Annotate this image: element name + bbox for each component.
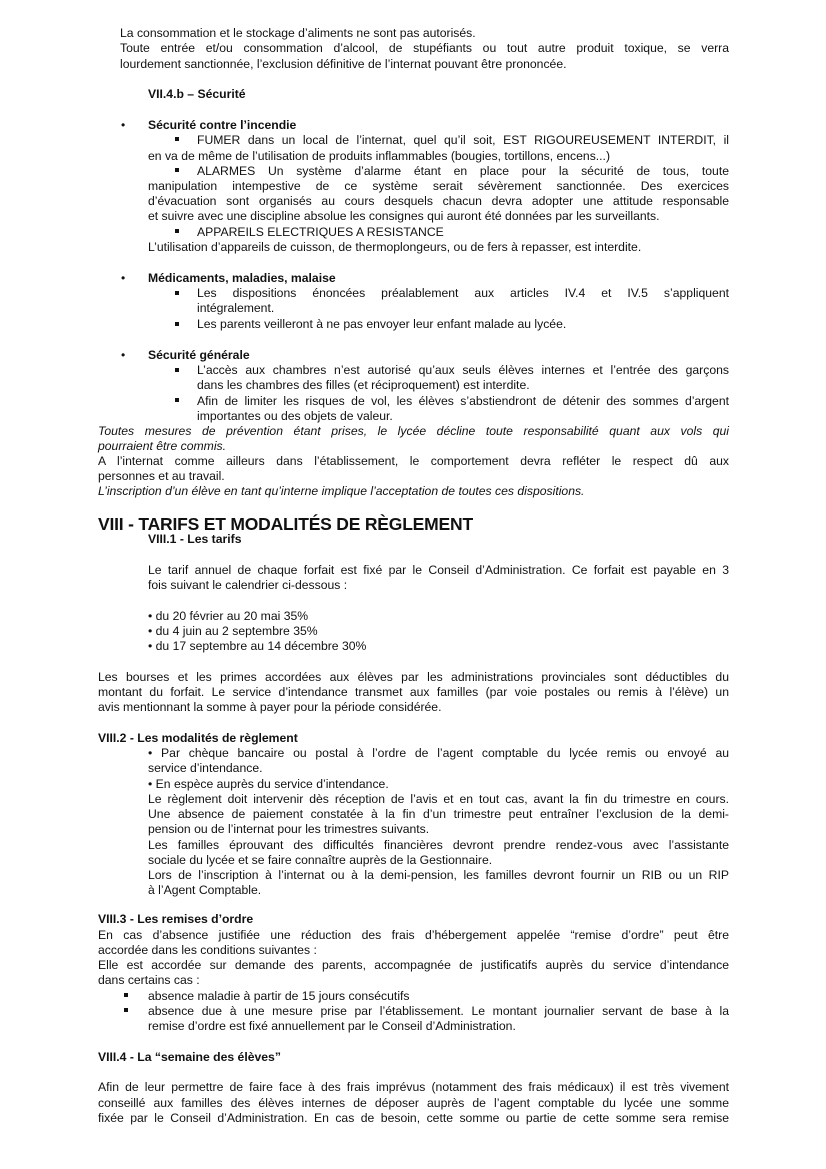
medic-title: Médicaments, maladies, malaise bbox=[148, 271, 336, 286]
closing-normal-line-1: A l’internat comme ailleurs dans l’établ… bbox=[98, 454, 729, 469]
semaine-line-3: fixée par le Conseil d’Administration. E… bbox=[98, 1111, 729, 1126]
intro-line-2: Toute entrée et/ou consommation d’alcool… bbox=[120, 41, 729, 56]
modalites-line-4: Le règlement doit intervenir dès récepti… bbox=[148, 792, 729, 807]
square-bullet-icon bbox=[175, 163, 179, 178]
section-viii2-title: VIII.2 - Les modalités de règlement bbox=[98, 731, 298, 746]
general-item-1-line-1: L’accès aux chambres n’est autorisé qu’a… bbox=[197, 363, 729, 378]
square-bullet-icon bbox=[175, 224, 179, 239]
modalites-line-8: sociale du lycée et se faire connaître a… bbox=[148, 853, 492, 868]
medic-item-1-line-1: Les dispositions énoncées préalablement … bbox=[197, 286, 729, 301]
intro-line-3: lourdement sanctionnée, l’exclusion défi… bbox=[120, 57, 729, 72]
modalites-line-3: • En espèce auprès du service d’intendan… bbox=[148, 777, 389, 792]
closing-italic-1-line-2: pourraient être commis. bbox=[98, 439, 226, 454]
tarifs-para-line-2: fois suivant le calendrier ci-dessous : bbox=[148, 578, 347, 593]
fire-item-2-line-3: d’évacuation sont organisés au cours des… bbox=[148, 194, 729, 209]
semaine-line-1: Afin de leur permettre de faire face à d… bbox=[98, 1080, 729, 1095]
bourses-line-3: avis mentionnant la somme à payer pour l… bbox=[98, 700, 441, 715]
section-viii4-title: VIII.4 - La “semaine des élèves” bbox=[98, 1050, 281, 1065]
bourses-line-1: Les bourses et les primes accordées aux … bbox=[98, 670, 729, 685]
closing-italic-1-line-1: Toutes mesures de prévention étant prise… bbox=[98, 424, 729, 439]
schedule-item-2: • du 4 juin au 2 septembre 35% bbox=[148, 624, 318, 639]
schedule-item-3: • du 17 septembre au 14 décembre 30% bbox=[148, 639, 366, 654]
general-item-2-line-2: importantes ou des objets de valeur. bbox=[197, 409, 393, 424]
square-bullet-icon bbox=[175, 363, 179, 378]
square-bullet-icon bbox=[175, 132, 179, 147]
remises-item-2-line-2: remise d’ordre est fixé annuellement par… bbox=[148, 1019, 516, 1034]
remises-line-4: dans certains cas : bbox=[98, 973, 200, 988]
square-bullet-icon bbox=[175, 317, 179, 332]
medic-item-2-line-1: Les parents veilleront à ne pas envoyer … bbox=[197, 317, 566, 332]
general-safety-title: Sécurité générale bbox=[148, 348, 250, 363]
modalites-line-9: Lors de l’inscription à l’internat ou à … bbox=[148, 868, 729, 883]
square-bullet-icon bbox=[175, 393, 179, 408]
fire-item-3-line-1: APPAREILS ELECTRIQUES A RESISTANCE bbox=[197, 225, 444, 240]
remises-line-1: En cas d’absence justifiée une réduction… bbox=[98, 928, 729, 943]
section-viii-title: VIII - TARIFS ET MODALITÉS DE RÈGLEMENT bbox=[98, 514, 473, 534]
bullet-icon: • bbox=[121, 271, 125, 286]
document-page: La consommation et le stockage d’aliment… bbox=[0, 0, 826, 1169]
remises-item-1: absence maladie à partir de 15 jours con… bbox=[148, 989, 410, 1004]
fire-item-2-line-1: ALARMES Un système d’alarme étant en pla… bbox=[197, 164, 729, 179]
closing-normal-line-2: personnes et au travail. bbox=[98, 469, 225, 484]
modalites-line-6: pension ou de l’internat pour les trimes… bbox=[148, 822, 429, 837]
remises-line-2: accordée dans les conditions suivantes : bbox=[98, 943, 317, 958]
bourses-line-2: montant du forfait. Le service d’intenda… bbox=[98, 685, 729, 700]
fire-item-2-line-2: manipulation intempestive de ce système … bbox=[148, 179, 729, 194]
square-bullet-icon bbox=[175, 286, 179, 301]
bullet-icon: • bbox=[121, 348, 125, 363]
modalites-line-5: Une absence de paiement constatée à la f… bbox=[148, 807, 729, 822]
modalites-line-1: • Par chèque bancaire ou postal à l’ordr… bbox=[148, 746, 729, 761]
modalites-line-10: à l’Agent Comptable. bbox=[148, 883, 261, 898]
schedule-item-1: • du 20 février au 20 mai 35% bbox=[148, 609, 308, 624]
general-item-2-line-1: Afin de limiter les risques de vol, les … bbox=[197, 394, 729, 409]
section-viii1-title: VIII.1 - Les tarifs bbox=[148, 532, 241, 547]
section-vii4b-title: VII.4.b – Sécurité bbox=[148, 87, 246, 102]
general-item-1-line-2: dans les chambres des filles (et récipro… bbox=[197, 378, 530, 393]
modalites-line-2: service d’intendance. bbox=[148, 761, 263, 776]
fire-safety-title: Sécurité contre l’incendie bbox=[148, 118, 296, 133]
square-bullet-icon bbox=[124, 1003, 128, 1018]
closing-italic-2: L’inscription d’un élève en tant qu’inte… bbox=[98, 484, 584, 499]
modalites-line-7: Les familles éprouvant des difficultés f… bbox=[148, 838, 729, 853]
fire-item-1-line-2: en va de même de l’utilisation de produi… bbox=[148, 149, 729, 164]
tarifs-para-line-1: Le tarif annuel de chaque forfait est fi… bbox=[148, 563, 729, 578]
bullet-icon: • bbox=[121, 118, 125, 133]
section-viii3-title: VIII.3 - Les remises d’ordre bbox=[98, 912, 253, 927]
semaine-line-2: conseillé aux familles des élèves intern… bbox=[98, 1096, 729, 1111]
remises-item-2-line-1: absence due à une mesure prise par l’éta… bbox=[148, 1004, 729, 1019]
fire-item-1-line-1: FUMER dans un local de l’internat, quel … bbox=[197, 133, 729, 148]
remises-line-3: Elle est accordée sur demande des parent… bbox=[98, 958, 729, 973]
medic-item-1-line-2: intégralement. bbox=[197, 301, 274, 316]
fire-item-2-line-4: et suivre avec une discipline absolue le… bbox=[148, 209, 738, 224]
square-bullet-icon bbox=[124, 988, 128, 1003]
intro-line-1: La consommation et le stockage d’aliment… bbox=[120, 26, 729, 41]
fire-item-3-line-2: L’utilisation d’appareils de cuisson, de… bbox=[148, 240, 729, 255]
